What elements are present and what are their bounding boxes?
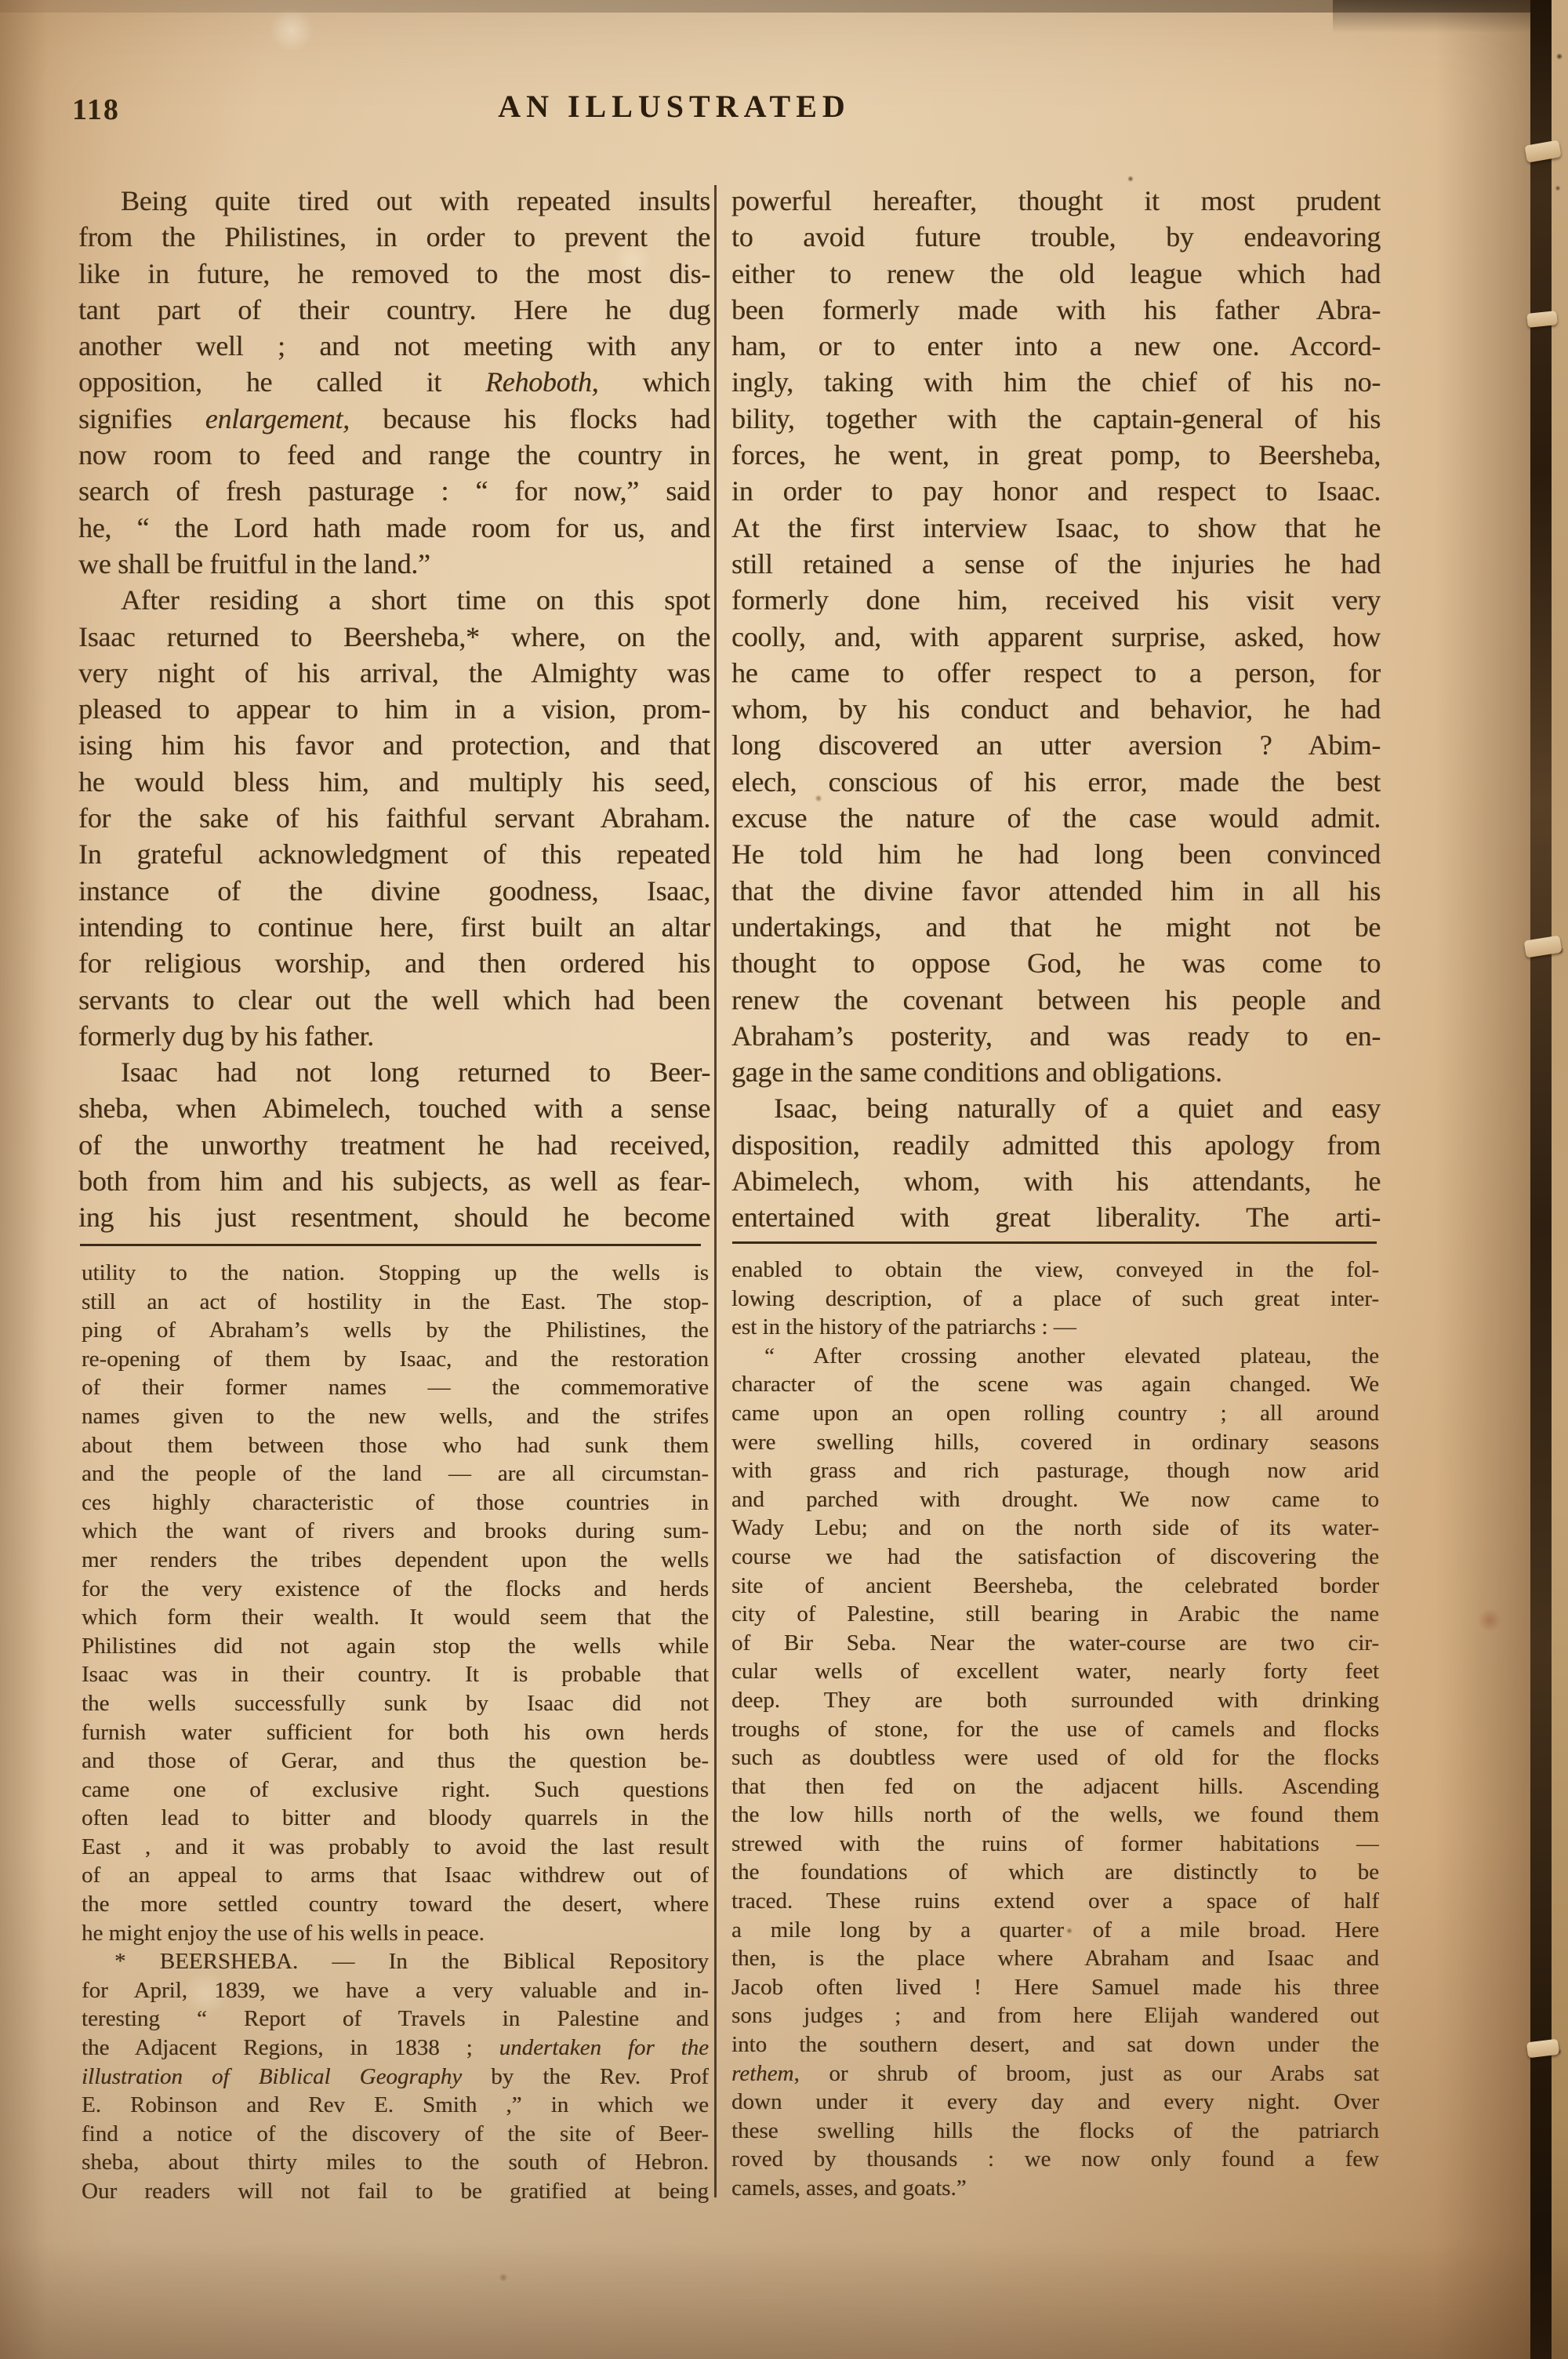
footnote-separator-rule-left xyxy=(80,1244,701,1246)
text-line: ising him his favor and protection, and … xyxy=(78,727,710,763)
text-line: been formerly made with his father Abra- xyxy=(731,292,1381,328)
text-line: ham, or to enter into a new one. Accord- xyxy=(731,328,1381,364)
text-line: of the unworthy treatment he had receive… xyxy=(78,1127,710,1163)
text-line: ingly, taking with him the chief of his … xyxy=(731,364,1381,400)
bottom-edge-shadow xyxy=(0,2241,1568,2359)
text-line: and the people of the land — are all cir… xyxy=(82,1459,709,1488)
text-line: whom, by his conduct and behavior, he ha… xyxy=(731,691,1381,727)
text-line: renew the covenant between his people an… xyxy=(731,982,1381,1018)
text-line: bility, together with the captain-genera… xyxy=(731,401,1381,437)
text-line: Our readers will not fail to be gratifie… xyxy=(82,2177,709,2206)
text-line: either to renew the old league which had xyxy=(731,256,1381,292)
text-line: instance of the divine goodness, Isaac, xyxy=(78,873,710,909)
column-divider-rule xyxy=(714,185,717,2197)
text-line: another well ; and not meeting with any xyxy=(78,328,710,364)
text-line: find a notice of the discovery of the si… xyxy=(82,2120,709,2149)
text-line: lowing description, of a place of such g… xyxy=(731,1285,1379,1314)
binding-edge-dark-strip xyxy=(1530,0,1552,2359)
text-line: the low hills north of the wells, we fou… xyxy=(731,1801,1379,1830)
text-line: came upon an open rolling country ; all … xyxy=(731,1399,1379,1428)
text-line: to avoid future trouble, by endeavoring xyxy=(731,219,1381,255)
text-line: mer renders the tribes dependent upon th… xyxy=(82,1546,709,1575)
text-line: At the first interview Isaac, to show th… xyxy=(731,510,1381,546)
text-line: Isaac was in their country. It is probab… xyxy=(82,1660,709,1689)
text-line: In grateful acknowledgment of this repea… xyxy=(78,836,710,872)
text-line: * BEERSHEBA. — In the Biblical Repositor… xyxy=(82,1947,709,1976)
text-line: He told him he had long been convinced xyxy=(731,836,1381,872)
text-line: and those of Gerar, and thus the questio… xyxy=(82,1747,709,1776)
text-line: down under it every day and every night.… xyxy=(731,2088,1379,2117)
text-line: often lead to bitter and bloody quarrels… xyxy=(82,1804,709,1833)
text-line: a mile long by a quarter of a mile broad… xyxy=(731,1916,1379,1945)
text-line: entertained with great liberality. The a… xyxy=(731,1199,1381,1235)
text-line: for the sake of his faithful servant Abr… xyxy=(78,800,710,836)
text-line: still retained a sense of the injuries h… xyxy=(731,546,1381,582)
text-line: forces, he went, in great pomp, to Beers… xyxy=(731,437,1381,473)
text-line: he, “ the Lord hath made room for us, an… xyxy=(78,510,710,546)
text-line: then, is the place where Abraham and Isa… xyxy=(731,1944,1379,1973)
text-line: these swelling hills the flocks of the p… xyxy=(731,2117,1379,2146)
text-line: he might enjoy the use of his wells in p… xyxy=(82,1919,709,1948)
text-line: long discovered an utter aversion ? Abim… xyxy=(731,727,1381,763)
text-line: E. Robinson and Rev E. Smith ,” in which… xyxy=(82,2091,709,2120)
text-line: city of Palestine, still bearing in Arab… xyxy=(731,1600,1379,1629)
text-line: and parched with drought. We now came to xyxy=(731,1485,1379,1514)
text-line: Being quite tired out with repeated insu… xyxy=(78,183,710,219)
text-line: the foundations of which are distinctly … xyxy=(731,1858,1379,1887)
text-line: rethem, or shrub of broom, just as our A… xyxy=(731,2059,1379,2088)
text-line: After residing a short time on this spot xyxy=(78,582,710,618)
text-line: Isaac, being naturally of a quiet and ea… xyxy=(731,1090,1381,1126)
text-line: for April, 1839, we have a very valuable… xyxy=(82,1976,709,2005)
text-line: such as doubtless were used of old for t… xyxy=(731,1743,1379,1772)
text-line: Philistines did not again stop the wells… xyxy=(82,1632,709,1661)
text-line: tant part of their country. Here he dug xyxy=(78,292,710,328)
text-line: sons judges ; and from here Elijah wande… xyxy=(731,2001,1379,2030)
text-line: Abraham’s posterity, and was ready to en… xyxy=(731,1018,1381,1054)
text-line: Wady Lebu; and on the north side of its … xyxy=(731,1514,1379,1543)
text-line: site of ancient Beersheba, the celebrate… xyxy=(731,1572,1379,1601)
text-line: Jacob often lived ! Here Samuel made his… xyxy=(731,1973,1379,2002)
page-number: 118 xyxy=(72,93,120,127)
text-line: East , and it was probably to avoid the … xyxy=(82,1833,709,1862)
text-line: the wells successfully sunk by Isaac did… xyxy=(82,1689,709,1718)
text-line: signifies enlargement, because his flock… xyxy=(78,401,710,437)
text-line: traced. These ruins extend over a space … xyxy=(731,1887,1379,1916)
text-line: we shall be fruitful in the land.” xyxy=(78,546,710,582)
text-line: roved by thousands : we now only found a… xyxy=(731,2145,1379,2174)
text-line: with grass and rich pasturage, though no… xyxy=(731,1456,1379,1485)
text-line: Isaac returned to Beersheba,* where, on … xyxy=(78,619,710,655)
text-line: now room to feed and range the country i… xyxy=(78,437,710,473)
running-header-title: AN ILLUSTRATED xyxy=(439,88,909,125)
text-line: re-opening of them by Isaac, and the res… xyxy=(82,1345,709,1374)
text-line: ces highly characteristic of those count… xyxy=(82,1488,709,1518)
text-line: came one of exclusive right. Such questi… xyxy=(82,1776,709,1805)
text-line: character of the scene was again changed… xyxy=(731,1370,1379,1399)
text-line: which the want of rivers and brooks duri… xyxy=(82,1517,709,1546)
text-line: pleased to appear to him in a vision, pr… xyxy=(78,691,710,727)
text-line: Abimelech, whom, with his attendants, he xyxy=(731,1163,1381,1199)
text-line: he would bless him, and multiply his see… xyxy=(78,764,710,800)
text-line: for the very existence of the flocks and… xyxy=(82,1575,709,1604)
text-line: from the Philistines, in order to preven… xyxy=(78,219,710,255)
text-line: powerful hereafter, thought it most prud… xyxy=(731,183,1381,219)
text-line: excuse the nature of the case would admi… xyxy=(731,800,1381,836)
text-line: like in future, he removed to the most d… xyxy=(78,256,710,292)
binding-gutter-shadow xyxy=(1435,0,1533,2359)
text-line: thought to oppose God, he was come to xyxy=(731,945,1381,981)
text-line: of Bir Seba. Near the water-course are t… xyxy=(731,1629,1379,1658)
text-line: the more settled country toward the dese… xyxy=(82,1890,709,1919)
text-line: about them between those who had sunk th… xyxy=(82,1431,709,1460)
text-line: strewed with the ruins of former habitat… xyxy=(731,1830,1379,1859)
text-line: he came to offer respect to a person, fo… xyxy=(731,655,1381,691)
text-line: teresting “ Report of Travels in Palesti… xyxy=(82,2005,709,2034)
text-line: into the southern desert, and sat down u… xyxy=(731,2030,1379,2059)
text-line: sheba, about thirty miles to the south o… xyxy=(82,2148,709,2177)
text-line: formerly dug by his father. xyxy=(78,1018,710,1054)
footnote-column-left: utility to the nation. Stopping up the w… xyxy=(82,1259,709,2206)
footnote-column-right: enabled to obtain the view, conveyed in … xyxy=(731,1256,1379,2203)
text-line: enabled to obtain the view, conveyed in … xyxy=(731,1256,1379,1285)
text-line: ping of Abraham’s wells by the Philistin… xyxy=(82,1316,709,1345)
book-page-scan: 118 AN ILLUSTRATED Being quite tired out… xyxy=(0,0,1568,2359)
text-line: formerly done him, received his visit ve… xyxy=(731,582,1381,618)
text-line: very night of his arrival, the Almighty … xyxy=(78,655,710,691)
text-line: of their former names — the commemorativ… xyxy=(82,1373,709,1402)
text-line: of an appeal to arms that Isaac withdrew… xyxy=(82,1861,709,1890)
text-line: names given to the new wells, and the st… xyxy=(82,1402,709,1431)
text-line: sheba, when Abimelech, touched with a se… xyxy=(78,1090,710,1126)
text-line: “ After crossing another elevated platea… xyxy=(731,1342,1379,1371)
text-line: intending to continue here, first built … xyxy=(78,909,710,945)
text-line: for religious worship, and then ordered … xyxy=(78,945,710,981)
text-line: cular wells of excellent water, nearly f… xyxy=(731,1657,1379,1686)
text-line: the Adjacent Regions, in 1838 ; undertak… xyxy=(82,2034,709,2063)
footnote-separator-rule-right xyxy=(732,1241,1377,1244)
text-line: both from him and his subjects, as well … xyxy=(78,1163,710,1199)
text-line: gage in the same conditions and obligati… xyxy=(731,1054,1381,1090)
text-line: est in the history of the patriarchs : — xyxy=(731,1313,1379,1342)
text-line: utility to the nation. Stopping up the w… xyxy=(82,1259,709,1288)
text-line: illustration of Biblical Geography by th… xyxy=(82,2063,709,2092)
text-line: were swelling hills, covered in ordinary… xyxy=(731,1428,1379,1457)
main-text-column-right: powerful hereafter, thought it most prud… xyxy=(731,183,1381,1236)
text-line: search of fresh pasturage : “ for now,” … xyxy=(78,473,710,509)
text-line: in order to pay honor and respect to Isa… xyxy=(731,473,1381,509)
left-edge-shadow xyxy=(0,0,47,2359)
main-text-column-left: Being quite tired out with repeated insu… xyxy=(78,183,710,1236)
page-block-edge-strip xyxy=(1552,0,1568,2359)
text-line: which form their wealth. It would seem t… xyxy=(82,1603,709,1632)
text-line: undertakings, and that he might not be xyxy=(731,909,1381,945)
text-line: camels, asses, and goats.” xyxy=(731,2174,1379,2203)
text-line: still an act of hostility in the East. T… xyxy=(82,1288,709,1317)
text-line: troughs of stone, for the use of camels … xyxy=(731,1715,1379,1744)
text-line: furnish water sufficient for both his ow… xyxy=(82,1718,709,1747)
text-line: servants to clear out the well which had… xyxy=(78,982,710,1018)
text-line: course we had the satisfaction of discov… xyxy=(731,1543,1379,1572)
text-line: opposition, he called it Rehoboth, which xyxy=(78,364,710,400)
text-line: Isaac had not long returned to Beer- xyxy=(78,1054,710,1090)
text-line: coolly, and, with apparent surprise, ask… xyxy=(731,619,1381,655)
text-line: ing his just resentment, should he becom… xyxy=(78,1199,710,1235)
text-line: deep. They are both surrounded with drin… xyxy=(731,1686,1379,1715)
text-line: that then fed on the adjacent hills. Asc… xyxy=(731,1772,1379,1801)
text-line: that the divine favor attended him in al… xyxy=(731,873,1381,909)
text-line: elech, conscious of his error, made the … xyxy=(731,764,1381,800)
text-line: disposition, readily admitted this apolo… xyxy=(731,1127,1381,1163)
